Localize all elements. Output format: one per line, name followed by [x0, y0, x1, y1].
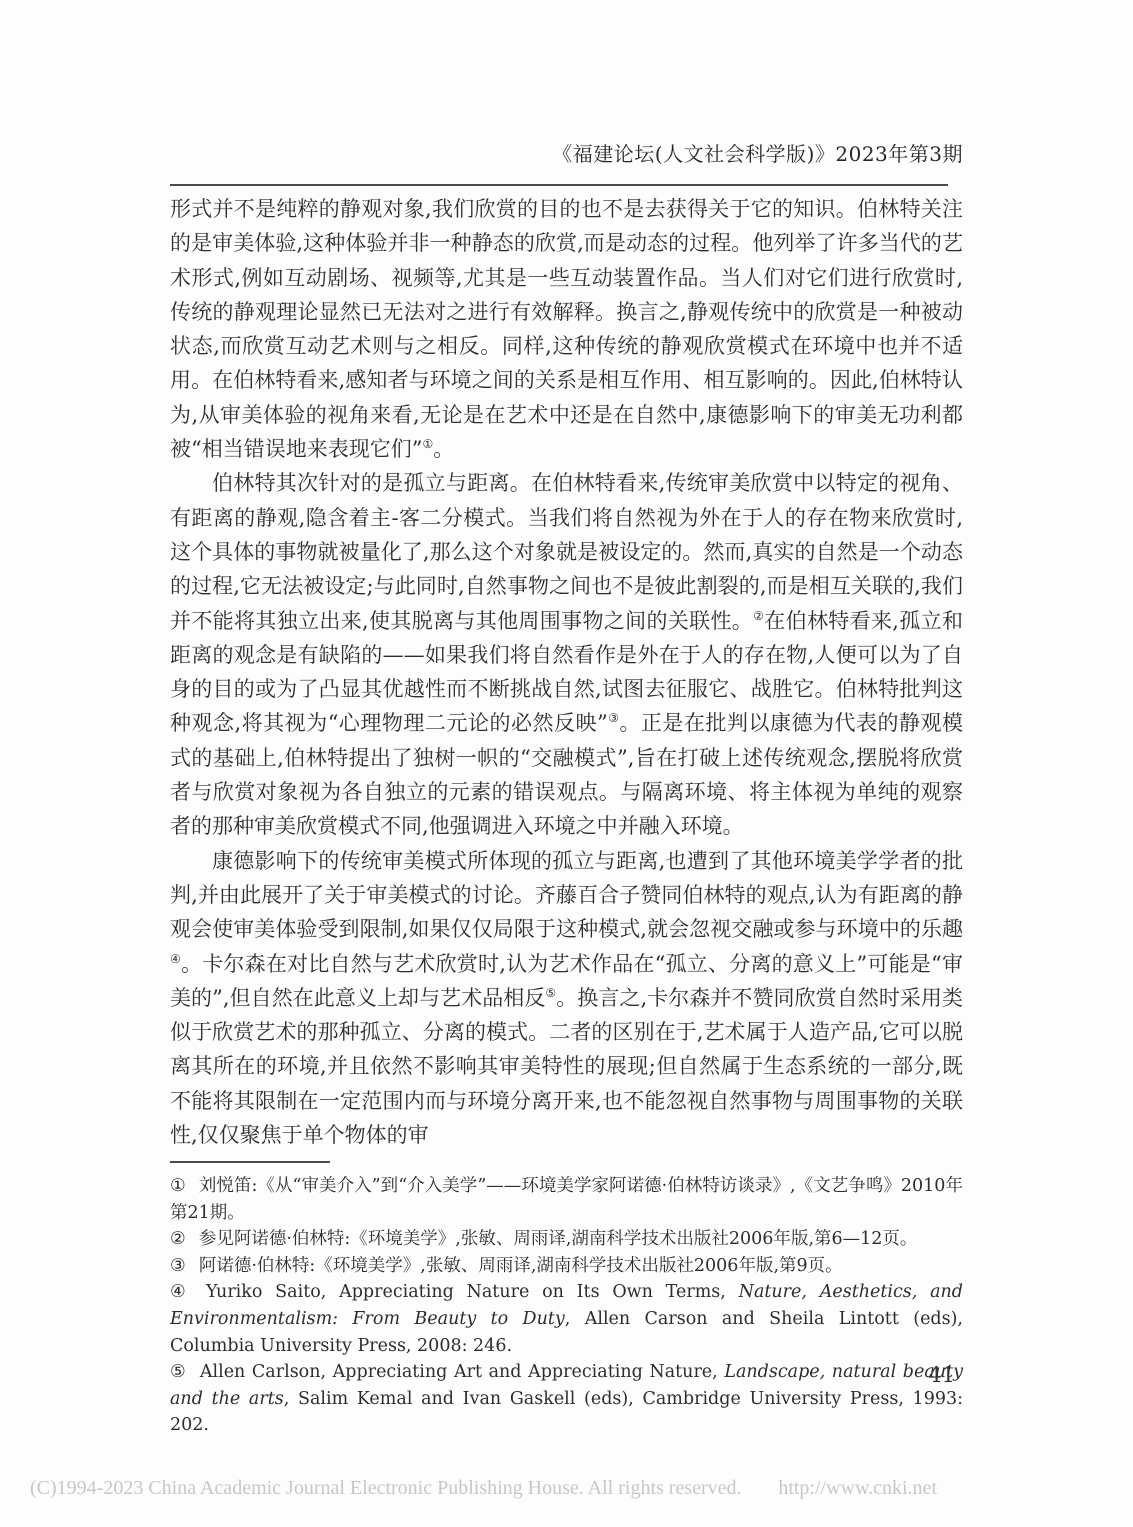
paragraph: 形式并不是纯粹的静观对象,我们欣赏的目的也不是去获得关于它的知识。伯林特关注的是…: [170, 192, 963, 466]
footnote-marker: ④: [170, 1282, 193, 1302]
text-run: 形式并不是纯粹的静观对象,我们欣赏的目的也不是去获得关于它的知识。伯林特关注的是…: [170, 197, 963, 461]
scanned-paper-page: 《福建论坛(人文社会科学版)》2023年第3期 形式并不是纯粹的静观对象,我们欣…: [0, 0, 1133, 1527]
text-run: 。: [433, 437, 454, 461]
text-run: 参见阿诺德·伯林特:《环境美学》,张敏、周雨译,湖南科学技术出版社2006年版,…: [199, 1229, 918, 1249]
footnote-ref: ③: [608, 711, 620, 725]
footnote-ref: ④: [170, 952, 181, 966]
text-run: 康德影响下的传统审美模式所体现的孤立与距离,也遭到了其他环境美学学者的批判,并由…: [170, 849, 963, 942]
text-run: 刘悦笛:《从“审美介入”到“介入美学”——环境美学家阿诺德·伯林特访谈录》,《文…: [170, 1176, 963, 1223]
footnote-divider: [170, 1161, 330, 1163]
footnote-item: ①刘悦笛:《从“审美介入”到“介入美学”——环境美学家阿诺德·伯林特访谈录》,《…: [170, 1173, 963, 1226]
journal-header: 《福建论坛(人文社会科学版)》2023年第3期: [170, 138, 963, 167]
text-run: 阿诺德·伯林特:《环境美学》,张敏、周雨译,湖南科学技术出版社2006年版,第9…: [199, 1256, 843, 1276]
text-run: Allen Carlson, Appreciating Art and Appr…: [200, 1362, 724, 1382]
footnote-item: ②参见阿诺德·伯林特:《环境美学》,张敏、周雨译,湖南科学技术出版社2006年版…: [170, 1226, 963, 1253]
header-rule: [170, 184, 948, 186]
footnote-ref: ②: [753, 609, 764, 623]
paragraph: 伯林特其次针对的是孤立与距离。在伯林特看来,传统审美欣赏中以特定的视角、有距离的…: [170, 466, 963, 843]
text-run: , Salim Kemal and Ivan Gaskell (eds), Ca…: [170, 1389, 963, 1436]
footnote-item: ④Yuriko Saito, Appreciating Nature on It…: [170, 1279, 963, 1359]
footnote-marker: ①: [170, 1176, 186, 1196]
paragraph: 康德影响下的传统审美模式所体现的孤立与距离,也遭到了其他环境美学学者的批判,并由…: [170, 844, 963, 1153]
body-text: 形式并不是纯粹的静观对象,我们欣赏的目的也不是去获得关于它的知识。伯林特关注的是…: [170, 192, 963, 1152]
footnote-item: ⑤Allen Carlson, Appreciating Art and App…: [170, 1359, 963, 1439]
footnote-ref: ①: [422, 437, 433, 451]
footnote-ref: ⑤: [545, 986, 556, 1000]
footnote-marker: ⑤: [170, 1362, 187, 1382]
footer-url: http://www.cnki.net: [778, 1477, 937, 1500]
footnote-item: ③阿诺德·伯林特:《环境美学》,张敏、周雨译,湖南科学技术出版社2006年版,第…: [170, 1253, 963, 1280]
footnote-marker: ③: [170, 1256, 186, 1276]
footnotes: ①刘悦笛:《从“审美介入”到“介入美学”——环境美学家阿诺德·伯林特访谈录》,《…: [170, 1173, 963, 1439]
text-run: Yuriko Saito, Appreciating Nature on Its…: [206, 1282, 739, 1302]
scan-footer: (C)1994-2023 China Academic Journal Elec…: [30, 1477, 937, 1500]
page-number: 41: [928, 1363, 955, 1387]
text-run: 。换言之,卡尔森并不赞同欣赏自然时采用类似于欣赏艺术的那种孤立、分离的模式。二者…: [170, 986, 963, 1147]
footer-copyright: (C)1994-2023 China Academic Journal Elec…: [30, 1477, 742, 1500]
footnote-marker: ②: [170, 1229, 186, 1249]
